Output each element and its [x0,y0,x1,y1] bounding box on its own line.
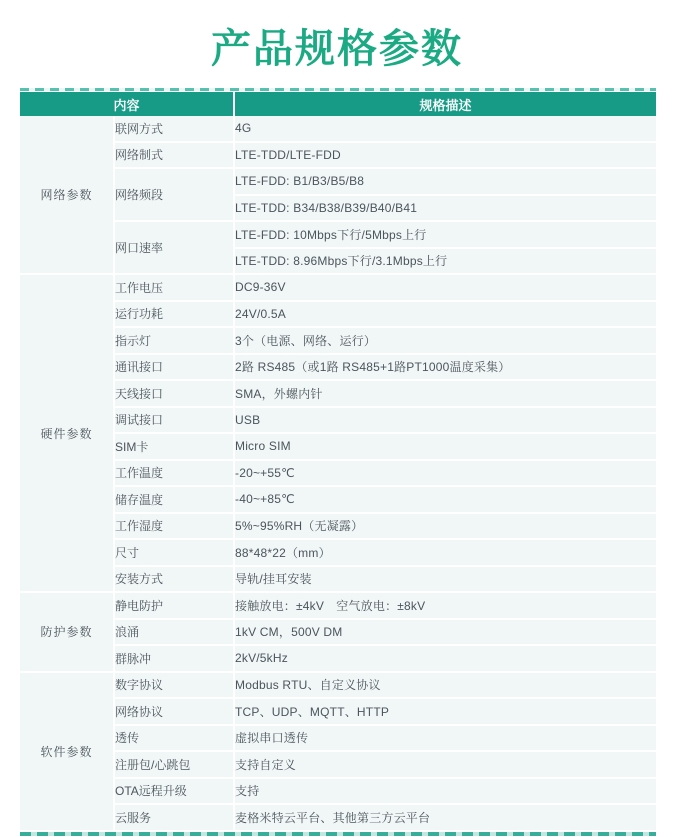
item-name-cell: 注册包/心跳包 [115,752,235,779]
category-cell: 软件参数 [20,673,115,832]
item-name-cell: 网络制式 [115,143,235,170]
table-row: OTA远程升级 支持 [20,779,656,806]
item-name-cell: 通讯接口 [115,355,235,382]
spec-value-cell: SMA，外螺内针 [235,381,656,408]
spec-value-cell: LTE-TDD: 8.96Mbps下行/3.1Mbps上行 [235,249,656,276]
table-row: 通讯接口 2路 RS485（或1路 RS485+1路PT1000温度采集） [20,355,656,382]
table-row: 群脉冲 2kV/5kHz [20,646,656,673]
spec-value-cell: 88*48*22（mm） [235,540,656,567]
spec-value-cell: 3个（电源、网络、运行） [235,328,656,355]
spec-value-cell: 麦格米特云平台、其他第三方云平台 [235,805,656,832]
item-name-cell: 透传 [115,726,235,753]
spec-value-cell: 虚拟串口透传 [235,726,656,753]
table-row: 尺寸 88*48*22（mm） [20,540,656,567]
spec-value-cell: 导轨/挂耳安装 [235,567,656,594]
table-row: 透传 虚拟串口透传 [20,726,656,753]
table-row: 云服务 麦格米特云平台、其他第三方云平台 [20,805,656,832]
item-name-cell: 调试接口 [115,408,235,435]
item-name-cell: SIM卡 [115,434,235,461]
table-row: 调试接口 USB [20,408,656,435]
header-cell-spec: 规格描述 [235,92,656,116]
page-title: 产品规格参数 [0,24,674,74]
table-row: 安装方式 导轨/挂耳安装 [20,567,656,594]
item-name-cell: 尺寸 [115,540,235,567]
category-cell: 防护参数 [20,593,115,673]
table-row: 软件参数 数字协议 Modbus RTU、自定义协议 [20,673,656,700]
item-name-cell: 储存温度 [115,487,235,514]
table-row: 网口速率 LTE-FDD: 10Mbps下行/5Mbps上行 [20,222,656,249]
spec-table: 网络参数 联网方式 4G 网络制式 LTE-TDD/LTE-FDD 网络频段 L… [20,116,656,832]
category-cell: 硬件参数 [20,275,115,593]
item-name-cell: 数字协议 [115,673,235,700]
item-name-cell: 指示灯 [115,328,235,355]
table-row: 工作湿度 5%~95%RH（无凝露） [20,514,656,541]
item-name-cell: 安装方式 [115,567,235,594]
item-name-cell: OTA远程升级 [115,779,235,806]
spec-value-cell: DC9-36V [235,275,656,302]
item-name-cell: 运行功耗 [115,302,235,329]
table-header-row: 内容 规格描述 [20,92,656,116]
dashed-accent-line-bottom [20,832,656,836]
table-row: 浪涌 1kV CM，500V DM [20,620,656,647]
item-name-cell: 静电防护 [115,593,235,620]
spec-value-cell: TCP、UDP、MQTT、HTTP [235,699,656,726]
dashed-accent-line-top [20,88,656,91]
spec-value-cell: 接触放电：±4kV 空气放电：±8kV [235,593,656,620]
spec-sheet-page: 产品规格参数 内容 规格描述 网络参数 联网方式 4G 网络制式 LTE-TDD… [0,0,674,837]
table-row: 运行功耗 24V/0.5A [20,302,656,329]
table-row: 储存温度 -40~+85℃ [20,487,656,514]
table-row: 硬件参数 工作电压 DC9-36V [20,275,656,302]
spec-value-cell: Modbus RTU、自定义协议 [235,673,656,700]
spec-value-cell: -20~+55℃ [235,461,656,488]
table-row: 网络频段 LTE-FDD: B1/B3/B5/B8 [20,169,656,196]
table-row: 天线接口 SMA，外螺内针 [20,381,656,408]
spec-value-cell: LTE-TDD/LTE-FDD [235,143,656,170]
table-row: 网络协议 TCP、UDP、MQTT、HTTP [20,699,656,726]
item-name-cell: 云服务 [115,805,235,832]
spec-value-cell: LTE-TDD: B34/B38/B39/B40/B41 [235,196,656,223]
spec-value-cell: 1kV CM，500V DM [235,620,656,647]
item-name-cell: 联网方式 [115,116,235,143]
item-name-cell: 天线接口 [115,381,235,408]
spec-value-cell: -40~+85℃ [235,487,656,514]
item-name-cell: 网络频段 [115,169,235,222]
item-name-cell: 网络协议 [115,699,235,726]
spec-value-cell: USB [235,408,656,435]
table-row: 指示灯 3个（电源、网络、运行） [20,328,656,355]
spec-value-cell: 支持 [235,779,656,806]
table-row: 注册包/心跳包 支持自定义 [20,752,656,779]
table-row: 防护参数 静电防护 接触放电：±4kV 空气放电：±8kV [20,593,656,620]
spec-value-cell: LTE-FDD: 10Mbps下行/5Mbps上行 [235,222,656,249]
item-name-cell: 工作温度 [115,461,235,488]
table-row: 工作温度 -20~+55℃ [20,461,656,488]
spec-value-cell: 支持自定义 [235,752,656,779]
item-name-cell: 浪涌 [115,620,235,647]
spec-value-cell: 2kV/5kHz [235,646,656,673]
spec-value-cell: 24V/0.5A [235,302,656,329]
spec-value-cell: Micro SIM [235,434,656,461]
spec-value-cell: LTE-FDD: B1/B3/B5/B8 [235,169,656,196]
item-name-cell: 工作电压 [115,275,235,302]
item-name-cell: 群脉冲 [115,646,235,673]
spec-value-cell: 4G [235,116,656,143]
spec-value-cell: 2路 RS485（或1路 RS485+1路PT1000温度采集） [235,355,656,382]
spec-value-cell: 5%~95%RH（无凝露） [235,514,656,541]
item-name-cell: 网口速率 [115,222,235,275]
item-name-cell: 工作湿度 [115,514,235,541]
category-cell: 网络参数 [20,116,115,275]
table-row: 网络制式 LTE-TDD/LTE-FDD [20,143,656,170]
table-row: SIM卡 Micro SIM [20,434,656,461]
table-row: 网络参数 联网方式 4G [20,116,656,143]
header-cell-content: 内容 [20,92,235,116]
spec-table-container: 内容 规格描述 网络参数 联网方式 4G 网络制式 LTE-TDD/LTE-FD… [20,88,656,832]
